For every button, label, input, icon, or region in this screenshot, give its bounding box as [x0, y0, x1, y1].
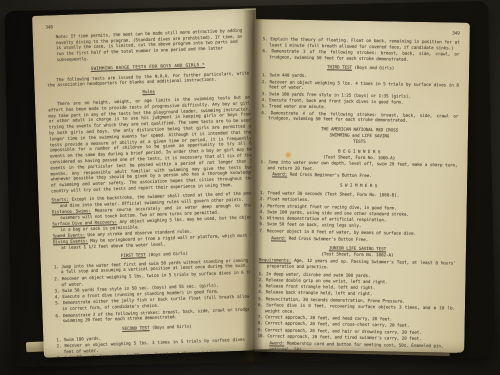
- rules-list: Starts: Except in the backstroke, the sw…: [51, 191, 255, 252]
- second-test-title: SECOND TEST: [122, 326, 150, 332]
- third-test-heading: THIRD TEST (Boys and Girls): [262, 65, 459, 74]
- award-label: Award:: [269, 341, 284, 346]
- requirements-label: Requirements:: [259, 258, 291, 264]
- rules-paragraph: There are no height, weight, or age limi…: [48, 95, 253, 195]
- first-test-subtitle: (Boys and Girls): [148, 252, 188, 258]
- right-page: 349 5. Explain the theory of floating. F…: [248, 19, 470, 353]
- item-text: Demonstrate 3 of the following strokes: …: [267, 49, 459, 62]
- junior-requirements: Requirements: Age, 12 years and up. Pass…: [259, 258, 456, 273]
- requirements-text: Age, 12 years and up. Passing Swimmer's …: [267, 259, 456, 270]
- award-label: Award:: [272, 173, 287, 178]
- item-text: Swim 440 yards.: [267, 74, 307, 80]
- swimmers-heading: S W I M M E R S: [260, 182, 457, 191]
- second-test-carryover-list: 5. Explain the theory of floating. Float…: [262, 37, 459, 64]
- item-text: Demonstrate 4 of the following strokes: …: [266, 111, 458, 124]
- junior-list: 1. In deep water, disrobe and swim 100 y…: [257, 272, 455, 344]
- third-test-subtitle: (Boys and Girls): [354, 66, 394, 72]
- second-test-subtitle: (Boys and Girls): [152, 325, 192, 331]
- award-label: Award:: [271, 236, 286, 241]
- book-photo: 348 Note: If time permits, the meet can …: [0, 0, 500, 375]
- third-test-list: 1. Swim 440 yards.2. Recover an object w…: [261, 73, 459, 125]
- test-item: 6. Demonstrate 3 of the following stroke…: [262, 49, 459, 64]
- red-cross-heading: THE AMERICAN NATIONAL RED CROSS SWIMMING…: [261, 126, 458, 147]
- item-text: Float motionless.: [265, 197, 310, 203]
- note-paragraph: Note: If time permits, the meet can be m…: [56, 28, 247, 64]
- third-test-title: THIRD TEST: [327, 66, 352, 71]
- item-text: Tread water one minute.: [266, 104, 326, 110]
- award-text: Red Cross Swimmer's Button Free.: [289, 236, 369, 242]
- test-item: 6. Demonstrate 4 of the following stroke…: [261, 111, 458, 126]
- first-test-title: FIRST TEST: [121, 253, 146, 259]
- award-text: Red Cross Beginner's Button Free.: [290, 173, 372, 179]
- item-label: Starts:: [51, 198, 69, 204]
- left-page: 348 Note: If time permits, the meet can …: [32, 8, 268, 358]
- right-page-number: 349: [263, 28, 460, 37]
- first-test-list: 1. Jump into the water feet first and sw…: [54, 258, 258, 325]
- swimmers-list: 1. Tread water 30 seconds (Test Sheet, F…: [259, 191, 457, 238]
